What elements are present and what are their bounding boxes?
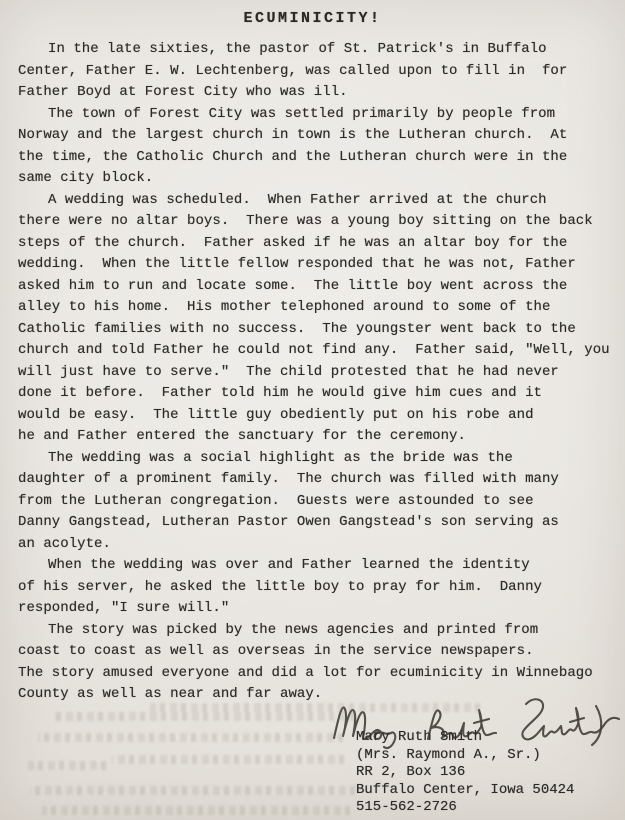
signature-typed-line: (Mrs. Raymond A., Sr.): [356, 747, 574, 765]
text-line: will just have to serve." The child prot…: [18, 362, 619, 384]
text-line: responded, "I sure will.": [18, 598, 619, 620]
text-line: done it before. Father told him he would…: [18, 383, 619, 405]
text-line: alley to his home. His mother telephoned…: [18, 297, 619, 319]
text-line: asked him to run and locate some. The li…: [18, 276, 619, 298]
text-line: church and told Father he could not find…: [18, 340, 619, 362]
text-line: coast to coast as well as overseas in th…: [18, 641, 619, 663]
signature-typed-line: RR 2, Box 136: [356, 764, 574, 782]
bleed-through-smudge: [42, 806, 350, 815]
text-line: Norway and the largest church in town is…: [18, 125, 619, 147]
text-line: same city block.: [18, 168, 619, 190]
text-line: The wedding was a social highlight as th…: [18, 448, 619, 470]
text-line: Catholic families with no success. The y…: [18, 319, 619, 341]
paragraph: The wedding was a social highlight as th…: [18, 448, 619, 556]
signature-typed-line: 515-562-2726: [356, 799, 574, 817]
paragraph: The town of Forest City was settled prim…: [18, 104, 619, 190]
text-line: daughter of a prominent family. The chur…: [18, 469, 619, 491]
bleed-through-smudge: [28, 761, 106, 770]
text-line: would be easy. The little guy obediently…: [18, 405, 619, 427]
text-line: In the late sixties, the pastor of St. P…: [18, 39, 619, 61]
text-line: wedding. When the little fellow responde…: [18, 254, 619, 276]
paragraph: A wedding was scheduled. When Father arr…: [18, 190, 619, 448]
text-line: of his server, he asked the little boy t…: [18, 577, 619, 599]
text-line: The story was picked by the news agencie…: [18, 620, 619, 642]
text-line: A wedding was scheduled. When Father arr…: [18, 190, 619, 212]
text-line: Center, Father E. W. Lechtenberg, was ca…: [18, 61, 619, 83]
text-line: an acolyte.: [18, 534, 619, 556]
signature-typed-line: Buffalo Center, Iowa 50424: [356, 782, 574, 800]
text-line: steps of the church. Father asked if he …: [18, 233, 619, 255]
letter-body: In the late sixties, the pastor of St. P…: [0, 39, 625, 706]
signature-block: Mary Ruth Smith(Mrs. Raymond A., Sr.)RR …: [356, 729, 574, 817]
text-line: The town of Forest City was settled prim…: [18, 104, 619, 126]
document-title: ECUMINICITY!: [0, 0, 625, 30]
bleed-through-smudge: [30, 786, 355, 795]
paragraph: When the wedding was over and Father lea…: [18, 555, 619, 620]
bleed-through-smudge: [55, 712, 355, 721]
paragraph: In the late sixties, the pastor of St. P…: [18, 39, 619, 104]
text-line: the time, the Catholic Church and the Lu…: [18, 147, 619, 169]
text-line: there were no altar boys. There was a yo…: [18, 211, 619, 233]
text-line: from the Lutheran congregation. Guests w…: [18, 491, 619, 513]
scanned-letter-page: ECUMINICITY! In the late sixties, the pa…: [0, 0, 625, 820]
text-line: When the wedding was over and Father lea…: [18, 555, 619, 577]
signature-typed-line: Mary Ruth Smith: [356, 729, 574, 747]
bleed-through-smudge: [112, 755, 344, 764]
bleed-through-smudge: [150, 703, 480, 712]
text-line: The story amused everyone and did a lot …: [18, 663, 619, 685]
text-line: Danny Gangstead, Lutheran Pastor Owen Ga…: [18, 512, 619, 534]
text-line: Father Boyd at Forest City who was ill.: [18, 82, 619, 104]
text-line: he and Father entered the sanctuary for …: [18, 426, 619, 448]
bleed-through-smudge: [38, 733, 343, 742]
